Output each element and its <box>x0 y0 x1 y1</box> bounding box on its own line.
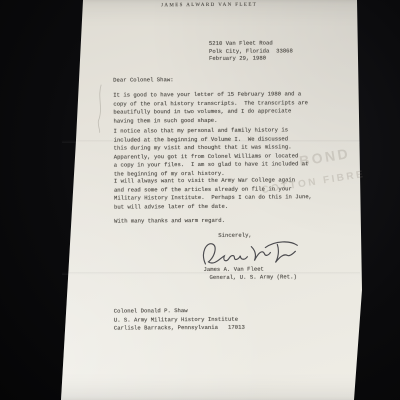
body-paragraph-4: With many thanks and warm regard. <box>114 217 225 226</box>
letter-date: February 29, 1980 <box>209 55 293 63</box>
body-line: having them in such good shape. <box>113 116 308 126</box>
recipient-address-block: Colonel Donald P. Shaw U. S. Army Milita… <box>114 307 245 334</box>
body-paragraph-1: It is good to have your letter of 15 Feb… <box>113 90 308 126</box>
salutation: Dear Colonel Shaw: <box>113 76 173 85</box>
body-line: beautifully bound in two volumes, and I … <box>113 107 308 117</box>
letter-content: JAMES ALWARD VAN FLEET 5210 Van Fleet Ro… <box>0 0 400 400</box>
photo-background: BOND COTTON FIBRE JAMES ALWARD VAN FLEET… <box>0 0 400 400</box>
signature-typed-title: General, U. S. Army (Ret.) <box>210 273 297 282</box>
body-paragraph-2: I notice also that my personal and famil… <box>113 126 308 179</box>
sender-address-block: 5210 Van Fleet Road Polk City, Florida 3… <box>209 39 293 63</box>
recipient-city-zip: Carlisle Barracks, Pennsylvania 17013 <box>114 324 245 334</box>
body-line: but will advise later of the date. <box>114 202 312 212</box>
body-line: Military History Institute. Perhaps I ca… <box>114 193 312 203</box>
letterhead-name: JAMES ALWARD VAN FLEET <box>127 1 292 11</box>
paper-crease-mark <box>91 83 111 135</box>
body-line: With many thanks and warm regard. <box>114 217 225 226</box>
body-paragraph-3: I will always want to visit the Army War… <box>114 176 312 212</box>
